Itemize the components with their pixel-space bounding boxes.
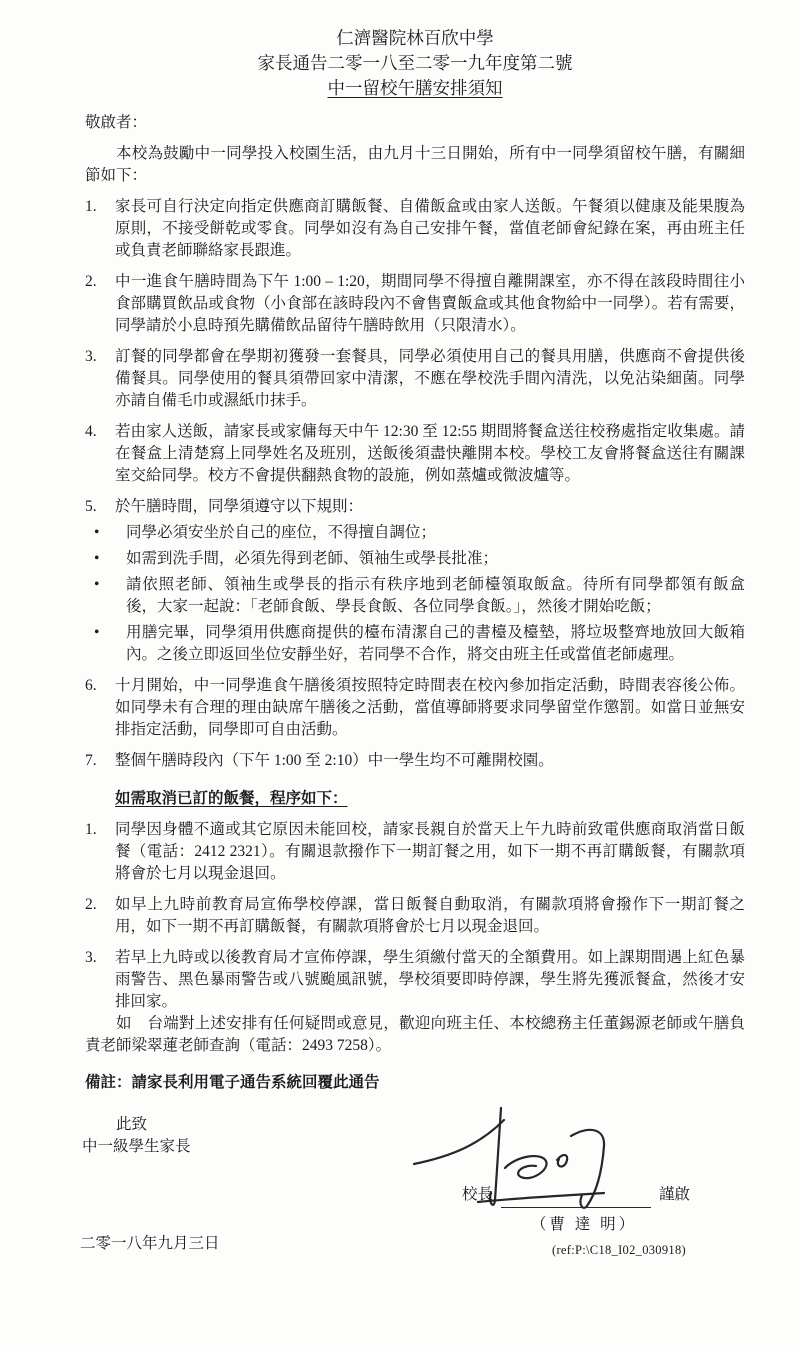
salutation: 敬啟者： — [85, 112, 745, 134]
bullet-item: • 同學必須安坐於自己的座位，不得擅自調位； — [85, 522, 745, 544]
list-item-text: 於午膳時間，同學須遵守以下規則： — [115, 496, 745, 518]
bullet-text: 用膳完畢，同學須用供應商提供的檯布清潔自己的書檯及檯墊，將垃圾整齊地放回大飯箱內… — [126, 622, 745, 666]
bullet-item: • 如需到洗手間，必須先得到老師、領袖生或學長批准； — [85, 548, 745, 570]
list-item: 4. 若由家人送飯，請家長或家傭每天中午 12:30 至 12:55 期間將餐盒… — [85, 421, 745, 487]
list-item-text: 若早上九時或以後教育局才宣佈停課，學生須繳付當天的全額費用。如上課期間遇上紅色暴… — [115, 947, 745, 1013]
notice-content: 仁濟醫院林百欣中學 家長通告二零一八至二零一九年度第二號 中一留校午膳安排須知 … — [0, 0, 800, 1158]
bullet-text: 同學必須安坐於自己的座位，不得擅自調位； — [126, 522, 745, 544]
list-item: 1. 同學因身體不適或其它原因未能回校，請家長親自於當天上午九時前致電供應商取消… — [85, 819, 745, 885]
list-item-number: 3. — [85, 346, 115, 412]
rules-bullet-list: • 同學必須安坐於自己的座位，不得擅自調位； • 如需到洗手間，必須先得到老師、… — [85, 522, 745, 666]
list-item-number: 5. — [85, 496, 115, 518]
list-item-text: 中一進食午膳時間為下午 1:00 – 1:20，期間同學不得擅自離開課室，亦不得… — [115, 271, 745, 337]
notice-header: 仁濟醫院林百欣中學 家長通告二零一八至二零一九年度第二號 中一留校午膳安排須知 — [85, 26, 745, 101]
list-item-number: 2. — [85, 894, 115, 938]
principal-signoff-row: 校長 謹啟 — [462, 1184, 690, 1208]
list-item: 5. 於午膳時間，同學須遵守以下規則： — [85, 496, 745, 518]
cancel-list: 1. 同學因身體不適或其它原因未能回校，請家長親自於當天上午九時前致電供應商取消… — [85, 819, 745, 1013]
bullet-text: 如需到洗手間，必須先得到老師、領袖生或學長批准； — [126, 548, 745, 570]
principal-label: 校長 — [462, 1184, 493, 1208]
list-item-number: 4. — [85, 421, 115, 487]
list-item-number: 2. — [85, 271, 115, 337]
list-item-number: 7. — [85, 750, 115, 772]
list-item-number: 1. — [85, 196, 115, 262]
list-item-text: 訂餐的同學都會在學期初獲發一套餐具，同學必須使用自己的餐具用膳，供應商不會提供後… — [115, 346, 745, 412]
bullet-text: 請依照老師、領袖生或學長的指示有秩序地到老師檯領取飯盒。待所有同學都領有飯盒後，… — [126, 574, 745, 618]
school-name: 仁濟醫院林百欣中學 — [85, 26, 745, 51]
bullet-item: • 用膳完畢，同學須用供應商提供的檯布清潔自己的書檯及檯墊，將垃圾整齊地放回大飯… — [85, 622, 745, 666]
respectfully-label: 謹啟 — [659, 1184, 690, 1208]
remark-line: 備註：請家長利用電子通告系統回覆此通告 — [85, 1072, 745, 1094]
bullet-item: • 請依照老師、領袖生或學長的指示有秩序地到老師檯領取飯盒。待所有同學都領有飯盒… — [85, 574, 745, 618]
list-item: 2. 中一進食午膳時間為下午 1:00 – 1:20，期間同學不得擅自離開課室，… — [85, 271, 745, 337]
notice-title: 中一留校午膳安排須知 — [85, 76, 745, 101]
list-item-number: 1. — [85, 819, 115, 885]
signature-line — [501, 1185, 651, 1208]
bullet-icon: • — [85, 622, 126, 666]
list-item: 3. 訂餐的同學都會在學期初獲發一套餐具，同學必須使用自己的餐具用膳，供應商不會… — [85, 346, 745, 412]
list-item: 2. 如早上九時前教育局宣佈學校停課，當日飯餐自動取消，有關款項將會撥作下一期訂… — [85, 894, 745, 938]
list-item-text: 家長可自行決定向指定供應商訂購飯餐、自備飯盒或由家人送飯。午餐須以健康及能果腹為… — [115, 196, 745, 262]
principal-name: （曹 達 明） — [505, 1214, 663, 1236]
enquiry-paragraph: 如 台端對上述安排有任何疑問或意見，歡迎向班主任、本校總務主任董錫源老師或午膳負… — [85, 1013, 745, 1057]
rules-intro: 於午膳時間，同學須遵守以下規則： — [115, 496, 745, 518]
intro-paragraph: 本校為鼓勵中一同學投入校園生活，由九月十三日開始，所有中一同學須留校午膳，有關細… — [85, 143, 745, 187]
list-item-text: 若由家人送飯，請家長或家傭每天中午 12:30 至 12:55 期間將餐盒送往校… — [115, 421, 745, 487]
list-item-number: 3. — [85, 947, 115, 1013]
notice-number: 家長通告二零一八至二零一九年度第二號 — [85, 51, 745, 76]
bullet-icon: • — [85, 548, 126, 570]
list-item: 6. 十月開始，中一同學進食午膳後須按照特定時間表在校內參加指定活動，時間表容後… — [85, 675, 745, 741]
notice-date: 二零一八年九月三日 — [80, 1233, 220, 1255]
bullet-icon: • — [85, 574, 126, 618]
notice-page: 仁濟醫院林百欣中學 家長通告二零一八至二零一九年度第二號 中一留校午膳安排須知 … — [0, 0, 800, 1350]
list-item-text: 如早上九時前教育局宣佈學校停課，當日飯餐自動取消，有關款項將會撥作下一期訂餐之用… — [115, 894, 745, 938]
main-list: 1. 家長可自行決定向指定供應商訂購飯餐、自備飯盒或由家人送飯。午餐須以健康及能… — [85, 196, 745, 772]
list-item: 3. 若早上九時或以後教育局才宣佈停課，學生須繳付當天的全額費用。如上課期間遇上… — [85, 947, 745, 1013]
list-item: 1. 家長可自行決定向指定供應商訂購飯餐、自備飯盒或由家人送飯。午餐須以健康及能… — [85, 196, 745, 262]
list-item-text: 十月開始，中一同學進食午膳後須按照特定時間表在校內參加指定活動，時間表容後公佈。… — [115, 675, 745, 741]
cancel-section-heading: 如需取消已訂的飯餐，程序如下： — [115, 788, 745, 810]
list-item-number: 6. — [85, 675, 115, 741]
reference-code: (ref:P:\C18_I02_030918) — [552, 1239, 686, 1261]
list-item: 7. 整個午膳時段內（下午 1:00 至 2:10）中一學生均不可離開校園。 — [85, 750, 745, 772]
list-item-text: 同學因身體不適或其它原因未能回校，請家長親自於當天上午九時前致電供應商取消當日飯… — [115, 819, 745, 885]
bullet-icon: • — [85, 522, 126, 544]
list-item-text: 整個午膳時段內（下午 1:00 至 2:10）中一學生均不可離開校園。 — [115, 750, 745, 772]
